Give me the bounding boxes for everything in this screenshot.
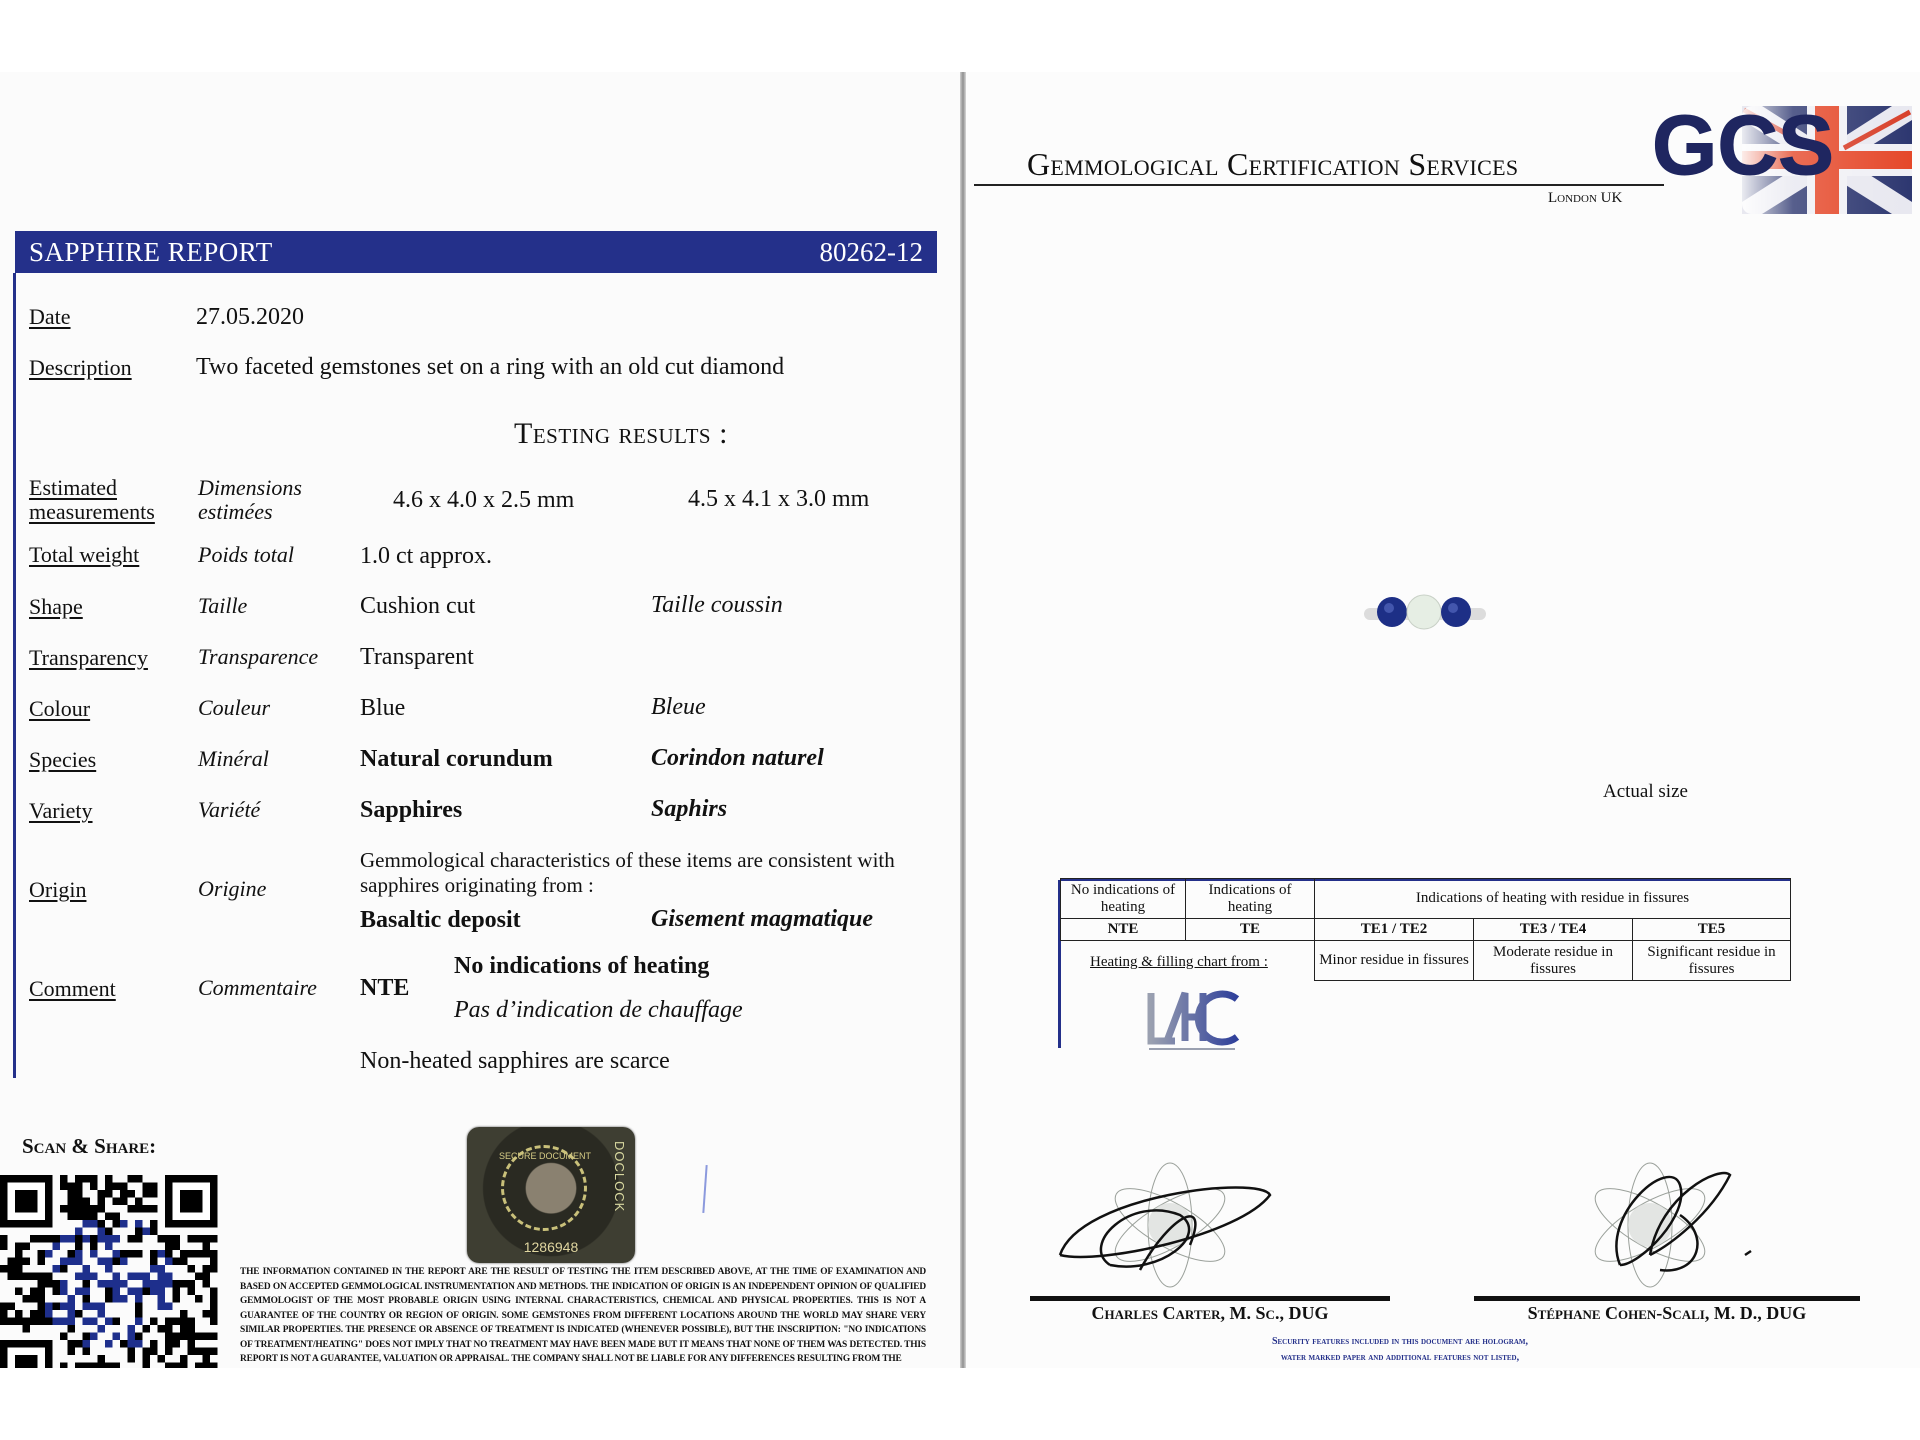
gcs-flag-logo: GCS xyxy=(1652,102,1916,218)
description-value: Two faceted gemstones set on a ring with… xyxy=(196,354,784,381)
species-label: Species xyxy=(29,747,96,773)
lmhc-logo xyxy=(1145,985,1240,1055)
origin-note-2: sapphires originating from : xyxy=(360,873,594,898)
shape-value: Cushion cut xyxy=(360,593,475,620)
colour-value: Blue xyxy=(360,695,405,722)
comment-note: Non-heated sapphires are scarce xyxy=(360,1048,670,1075)
chart-source-label: Heating & filling chart from : xyxy=(1090,954,1268,971)
origin-note-1: Gemmological characteristics of these it… xyxy=(360,848,895,873)
colour-value-fr: Bleue xyxy=(651,694,706,721)
company-name: Gemmological Certification Services xyxy=(1027,146,1518,183)
gcs-logo-text: GCS xyxy=(1652,102,1834,192)
origin-value: Basaltic deposit xyxy=(360,907,521,934)
ring-photo xyxy=(1360,588,1490,638)
comment-value-fr: Pas d’indication de chauffage xyxy=(454,997,743,1024)
origin-value-fr: Gisement magmatique xyxy=(651,906,873,933)
species-value-fr: Corindon naturel xyxy=(651,745,824,772)
company-location: London UK xyxy=(1548,190,1622,207)
actual-size-caption: Actual size xyxy=(1603,781,1688,803)
signature-line-1 xyxy=(1030,1296,1390,1301)
qr-code[interactable] xyxy=(0,1175,218,1368)
header-nte: No indications of heating xyxy=(1061,879,1186,919)
transparency-label: Transparency xyxy=(29,645,148,671)
comment-code: NTE xyxy=(360,975,409,1002)
code-te3-te4: TE3 / TE4 xyxy=(1474,919,1633,941)
testing-results-title: Testing results : xyxy=(514,417,728,451)
variety-value: Sapphires xyxy=(360,797,462,824)
scan-share-label: Scan & Share: xyxy=(22,1134,156,1159)
origin-fr: Origine xyxy=(198,876,266,902)
measurements-value-2: 4.5 x 4.1 x 3.0 mm xyxy=(688,486,869,513)
colour-fr: Couleur xyxy=(198,695,270,721)
transparency-value: Transparent xyxy=(360,644,474,671)
security-note: Security features included in this docum… xyxy=(1180,1334,1620,1366)
left-accent-rule xyxy=(13,273,16,1078)
origin-label: Origin xyxy=(29,877,86,903)
signatory-2-name: Stéphane Cohen-Scali, M. D., DUG xyxy=(1474,1303,1860,1324)
weight-label: Total weight xyxy=(29,542,139,568)
measurements-fr-1: Dimensions xyxy=(198,475,302,501)
species-value: Natural corundum xyxy=(360,746,553,773)
variety-value-fr: Saphirs xyxy=(651,796,727,823)
header-te: Indications of heating xyxy=(1186,879,1315,919)
transparency-fr: Transparence xyxy=(198,644,318,670)
date-value: 27.05.2020 xyxy=(196,304,304,331)
description-label: Description xyxy=(29,355,132,381)
shape-value-fr: Taille coussin xyxy=(651,592,783,619)
shape-fr: Taille xyxy=(198,593,247,619)
residue-moderate: Moderate residue in fissures xyxy=(1474,941,1633,981)
species-fr: Minéral xyxy=(198,746,269,772)
measurements-label-1: Estimated xyxy=(29,475,117,501)
residue-minor: Minor residue in fissures xyxy=(1315,941,1474,981)
code-nte: NTE xyxy=(1061,919,1186,941)
header-rule xyxy=(974,184,1664,186)
hologram-serial: 1286948 xyxy=(467,1239,635,1255)
date-label: Date xyxy=(29,304,71,330)
security-note-line-1: Security features included in this docum… xyxy=(1180,1334,1620,1350)
signatory-1-name: Charles Carter, M. Sc., DUG xyxy=(1030,1303,1390,1324)
disclaimer-text: The information contained in the report … xyxy=(240,1265,926,1367)
hologram-brand: DOCLOCK xyxy=(612,1141,627,1212)
code-te1-te2: TE1 / TE2 xyxy=(1315,919,1474,941)
comment-value: No indications of heating xyxy=(454,953,709,980)
measurements-fr-2: estimées xyxy=(198,499,273,525)
comment-label: Comment xyxy=(29,976,116,1002)
hologram-text: SECURE DOCUMENT xyxy=(499,1151,591,1161)
comment-fr: Commentaire xyxy=(198,975,317,1001)
report-number: 80262-12 xyxy=(820,237,924,268)
measurements-label-2: measurements xyxy=(29,499,155,525)
colour-label: Colour xyxy=(29,696,90,722)
doclock-hologram: SECURE DOCUMENT DOCLOCK 1286948 xyxy=(467,1127,635,1263)
variety-label: Variety xyxy=(29,798,93,824)
signature-carter xyxy=(1040,1155,1280,1295)
report-title: SAPPHIRE REPORT xyxy=(29,237,273,268)
variety-fr: Variété xyxy=(198,797,260,823)
security-note-line-2: water marked paper and additional featur… xyxy=(1180,1350,1620,1366)
signature-cohen-scali xyxy=(1580,1155,1820,1295)
shape-label: Shape xyxy=(29,594,83,620)
weight-fr: Poids total xyxy=(198,542,294,568)
signature-line-2 xyxy=(1474,1296,1860,1301)
code-te: TE xyxy=(1186,919,1315,941)
measurements-value-1: 4.6 x 4.0 x 2.5 mm xyxy=(393,487,574,514)
residue-significant: Significant residue in fissures xyxy=(1633,941,1791,981)
header-residue: Indications of heating with residue in f… xyxy=(1315,879,1791,919)
report-header-bar: SAPPHIRE REPORT 80262-12 xyxy=(15,231,937,273)
code-te5: TE5 xyxy=(1633,919,1791,941)
weight-value: 1.0 ct approx. xyxy=(360,543,492,570)
